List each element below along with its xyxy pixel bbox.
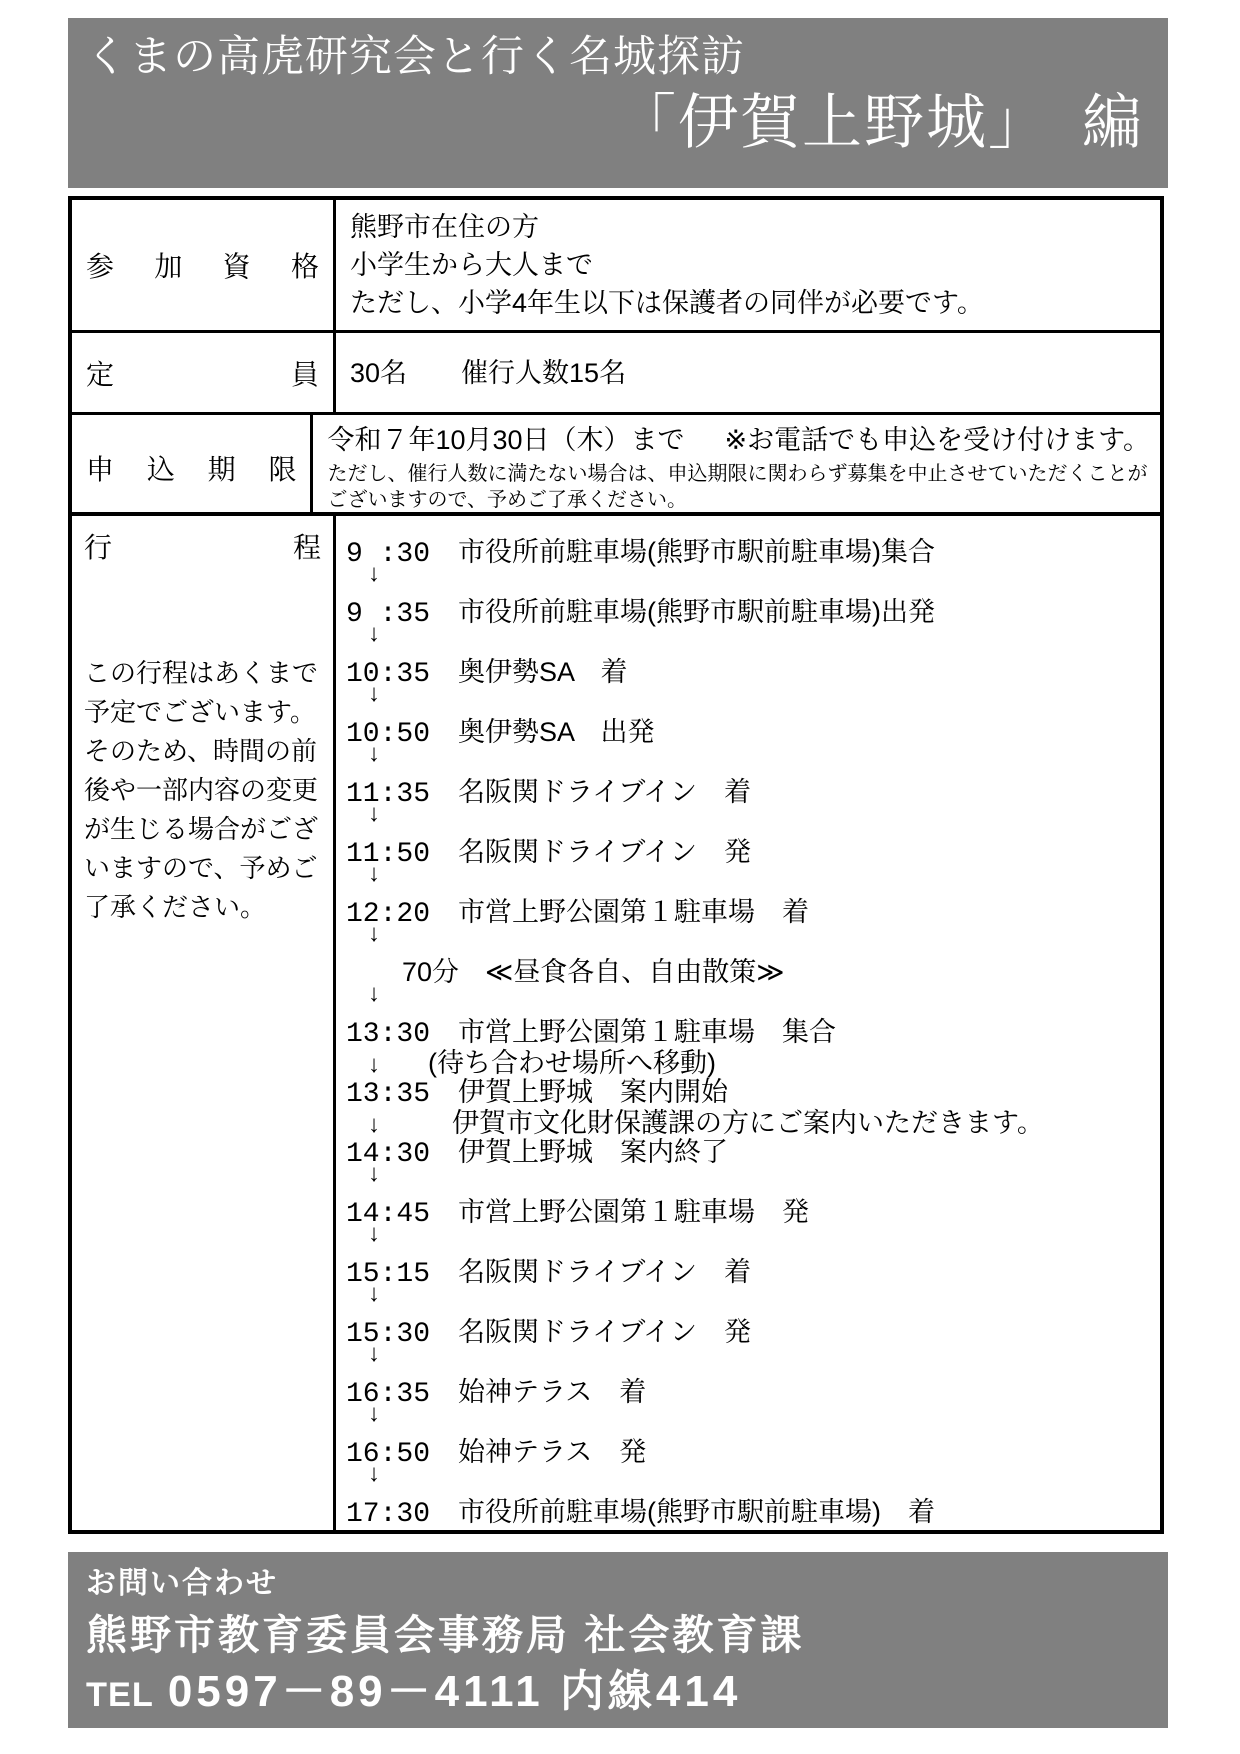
schedule-activity: 名阪関ドライブイン 発 (458, 830, 751, 869)
deadline-date: 令和７年10月30日（木）まで (327, 421, 684, 459)
row-eligibility: 参加資格 熊野市在住の方 小学生から大人まで ただし、小学4年生以下は保護者の同… (72, 200, 1160, 330)
event-main-title: 「伊賀上野城」 編 (68, 90, 1168, 156)
schedule-activity: 市営上野公園第１駐車場 発 (458, 1190, 809, 1229)
flyer-page: くまの高虎研究会と行く名城探訪 「伊賀上野城」 編 参加資格 熊野市在住の方 小… (0, 0, 1240, 1754)
info-table: 参加資格 熊野市在住の方 小学生から大人まで ただし、小学4年生以下は保護者の同… (68, 196, 1164, 525)
schedule-activity: 市役所前駐車場(熊野市駅前駐車場)集合 (458, 530, 935, 569)
schedule-item: 9 :35市役所前駐車場(熊野市駅前駐車場)出発 (346, 590, 1156, 621)
schedule-item: 10:35奥伊勢SA 着 (346, 650, 1156, 681)
down-arrow-icon: ↓ (346, 1281, 428, 1307)
event-series-title: くまの高虎研究会と行く名城探訪 (68, 18, 1168, 82)
schedule-activity: 名阪関ドライブイン 着 (458, 1250, 751, 1289)
schedule-item: 16:50始神テラス 発 (346, 1430, 1156, 1461)
capacity-label: 定員 (86, 353, 319, 393)
eligibility-line: 熊野市在住の方 (350, 208, 1150, 246)
deadline-phone-note: ※お電話でも申込を受け付けます。 (725, 421, 1150, 459)
schedule: 9 :30市役所前駐車場(熊野市駅前駐車場)集合↓9 :35市役所前駐車場(熊野… (336, 516, 1160, 1530)
contact-heading: お問い合わせ (86, 1566, 1168, 1602)
down-arrow-icon: ↓ (346, 561, 428, 587)
schedule-activity: 市営上野公園第１駐車場 着 (458, 890, 809, 929)
row-capacity: 定員 30名 催行人数15名 (72, 330, 1160, 412)
schedule-item: 15:30名阪関ドライブイン 発 (346, 1310, 1156, 1341)
eligibility-line: ただし、小学4年生以下は保護者の同伴が必要です。 (350, 284, 1150, 322)
deadline-label-cell: 申込期限 (72, 415, 313, 521)
down-arrow-icon: ↓ (346, 1221, 428, 1247)
schedule-time: 13:35 (346, 1079, 458, 1110)
capacity-value: 30名 催行人数15名 (350, 354, 1150, 392)
eligibility-label: 参加資格 (86, 245, 319, 285)
schedule-activity: 市役所前駐車場(熊野市駅前駐車場)出発 (458, 590, 935, 629)
contact-phone: TEL0597－89－4111 内線414 (86, 1666, 1168, 1721)
itinerary-label-cell: 行程 この行程はあくまで予定でございます。そのため、時間の前後や一部内容の変更が… (72, 516, 336, 1530)
schedule-activity: 奥伊勢SA 出発 (458, 710, 655, 749)
schedule-item: 13:30市営上野公園第１駐車場 集合 (346, 1010, 1156, 1041)
itinerary-table: 行程 この行程はあくまで予定でございます。そのため、時間の前後や一部内容の変更が… (68, 512, 1164, 1534)
schedule-activity: ≪昼食各自、自由散策≫ (485, 950, 785, 989)
footer-banner: お問い合わせ 熊野市教育委員会事務局 社会教育課 TEL0597－89－4111… (68, 1552, 1168, 1728)
down-arrow-icon: ↓ (346, 1461, 428, 1487)
down-arrow-icon: ↓ (346, 861, 428, 887)
schedule-item: 70分≪昼食各自、自由散策≫ (346, 950, 1156, 981)
deadline-main-line: 令和７年10月30日（木）まで ※お電話でも申込を受け付けます。 (327, 421, 1150, 459)
schedule-activity: 伊賀上野城 案内終了 (458, 1130, 728, 1169)
down-arrow-icon: ↓ (346, 981, 428, 1007)
schedule-item: 13:35伊賀上野城 案内開始 (346, 1070, 1156, 1101)
down-arrow-icon: ↓ (346, 741, 428, 767)
schedule-item: 15:15名阪関ドライブイン 着 (346, 1250, 1156, 1281)
schedule-item: 9 :30市役所前駐車場(熊野市駅前駐車場)集合 (346, 530, 1156, 561)
schedule-item: 12:20市営上野公園第１駐車場 着 (346, 890, 1156, 921)
capacity-label-cell: 定員 (72, 333, 336, 412)
down-arrow-icon: ↓ (346, 1112, 428, 1138)
down-arrow-icon: ↓ (346, 621, 428, 647)
schedule-item: 11:35名阪関ドライブイン 着 (346, 770, 1156, 801)
down-arrow-icon: ↓ (346, 1052, 428, 1078)
down-arrow-icon: ↓ (346, 1401, 428, 1427)
deadline-content: 令和７年10月30日（木）まで ※お電話でも申込を受け付けます。 ただし、催行人… (313, 415, 1160, 521)
eligibility-line: 小学生から大人まで (350, 246, 1150, 284)
schedule-item: 16:35始神テラス 着 (346, 1370, 1156, 1401)
schedule-item: 14:45市営上野公園第１駐車場 発 (346, 1190, 1156, 1221)
itinerary-label: 行程 (84, 526, 321, 566)
deadline-disclaimer: ただし、催行人数に満たない場合は、申込期限に関わらず募集を中止させていただくこと… (327, 461, 1150, 513)
eligibility-content: 熊野市在住の方 小学生から大人まで ただし、小学4年生以下は保護者の同伴が必要で… (336, 200, 1160, 330)
schedule-item: 10:50奥伊勢SA 出発 (346, 710, 1156, 741)
schedule-activity: 名阪関ドライブイン 着 (458, 770, 751, 809)
contact-organization: 熊野市教育委員会事務局 社会教育課 (86, 1610, 1168, 1660)
schedule-time: 17:30 (346, 1499, 458, 1530)
tel-number: 0597－89－4111 内線414 (168, 1667, 742, 1716)
down-arrow-icon: ↓ (346, 1341, 428, 1367)
eligibility-label-cell: 参加資格 (72, 200, 336, 330)
header-banner: くまの高虎研究会と行く名城探訪 「伊賀上野城」 編 (68, 18, 1168, 188)
schedule-note-row: ↓伊賀市文化財保護課の方にご案内いただきます。 (346, 1101, 1156, 1130)
down-arrow-icon: ↓ (346, 801, 428, 827)
capacity-content: 30名 催行人数15名 (336, 333, 1160, 412)
schedule-activity: 奥伊勢SA 着 (458, 650, 628, 689)
deadline-label: 申込期限 (86, 448, 296, 488)
down-arrow-icon: ↓ (346, 1161, 428, 1187)
schedule-activity: 始神テラス 着 (458, 1370, 646, 1409)
schedule-activity: 始神テラス 発 (458, 1430, 646, 1469)
tel-label: TEL (86, 1676, 154, 1714)
schedule-activity: 市役所前駐車場(熊野市駅前駐車場) 着 (458, 1490, 935, 1529)
schedule-item: 11:50名阪関ドライブイン 発 (346, 830, 1156, 861)
row-deadline: 申込期限 令和７年10月30日（木）まで ※お電話でも申込を受け付けます。 ただ… (72, 412, 1160, 521)
down-arrow-icon: ↓ (346, 921, 428, 947)
schedule-activity: 名阪関ドライブイン 発 (458, 1310, 751, 1349)
schedule-item: 17:30市役所前駐車場(熊野市駅前駐車場) 着 (346, 1490, 1156, 1521)
itinerary-disclaimer: この行程はあくまで予定でございます。そのため、時間の前後や一部内容の変更が生じる… (84, 654, 321, 927)
down-arrow-icon: ↓ (346, 681, 428, 707)
